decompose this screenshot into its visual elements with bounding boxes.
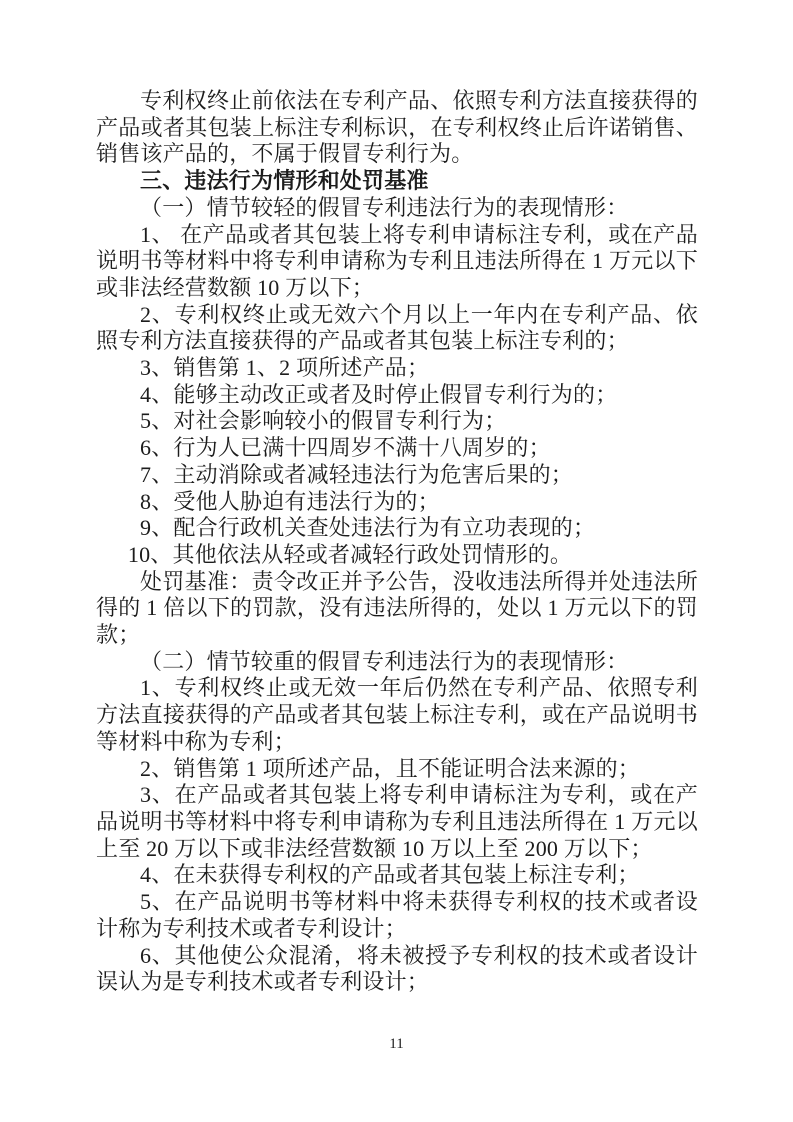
paragraph: 2、专利权终止或无效六个月以上一年内在专利产品、依照专利方法直接获得的产品或者其… [96, 302, 698, 355]
document-body: 专利权终止前依法在专利产品、依照专利方法直接获得的产品或者其包装上标注专利标识，… [96, 88, 698, 996]
paragraph: 7、主动消除或者减轻违法行为危害后果的； [96, 462, 698, 489]
paragraph: 9、配合行政机关查处违法行为有立功表现的； [96, 515, 698, 542]
paragraph: 10、其他依法从轻或者减轻行政处罚情形的。 [96, 542, 698, 569]
paragraph: 6、其他使公众混淆，将未被授予专利权的技术或者设计误认为是专利技术或者专利设计； [96, 943, 698, 996]
paragraph: （二）情节较重的假冒专利违法行为的表现情形： [96, 649, 698, 676]
paragraph: 3、销售第 1、2 项所述产品； [96, 355, 698, 382]
paragraph: 2、销售第 1 项所述产品，且不能证明合法来源的； [96, 756, 698, 783]
paragraph: 1、专利权终止或无效一年后仍然在专利产品、依照专利方法直接获得的产品或者其包装上… [96, 675, 698, 755]
paragraph: 1、 在产品或者其包装上将专利申请标注专利，或在产品说明书等材料中将专利申请称为… [96, 222, 698, 302]
paragraph: 5、对社会影响较小的假冒专利行为； [96, 408, 698, 435]
paragraph: 3、在产品或者其包装上将专利申请标注为专利，或在产品说明书等材料中将专利申请称为… [96, 782, 698, 862]
paragraph: （一）情节较轻的假冒专利违法行为的表现情形： [96, 195, 698, 222]
document-page: 专利权终止前依法在专利产品、依照专利方法直接获得的产品或者其包装上标注专利标识，… [0, 0, 793, 1122]
paragraph: 4、在未获得专利权的产品或者其包装上标注专利； [96, 862, 698, 889]
section-heading: 三、违法行为情形和处罚基准 [96, 168, 698, 195]
paragraph: 5、在产品说明书等材料中将未获得专利权的技术或者设计称为专利技术或者专利设计； [96, 889, 698, 942]
paragraph: 专利权终止前依法在专利产品、依照专利方法直接获得的产品或者其包装上标注专利标识，… [96, 88, 698, 168]
paragraph: 4、能够主动改正或者及时停止假冒专利行为的； [96, 382, 698, 409]
paragraph: 8、受他人胁迫有违法行为的； [96, 489, 698, 516]
page-number: 11 [0, 1036, 793, 1053]
paragraph: 处罚基准：责令改正并予公告，没收违法所得并处违法所得的 1 倍以下的罚款，没有违… [96, 569, 698, 649]
paragraph: 6、行为人已满十四周岁不满十八周岁的； [96, 435, 698, 462]
